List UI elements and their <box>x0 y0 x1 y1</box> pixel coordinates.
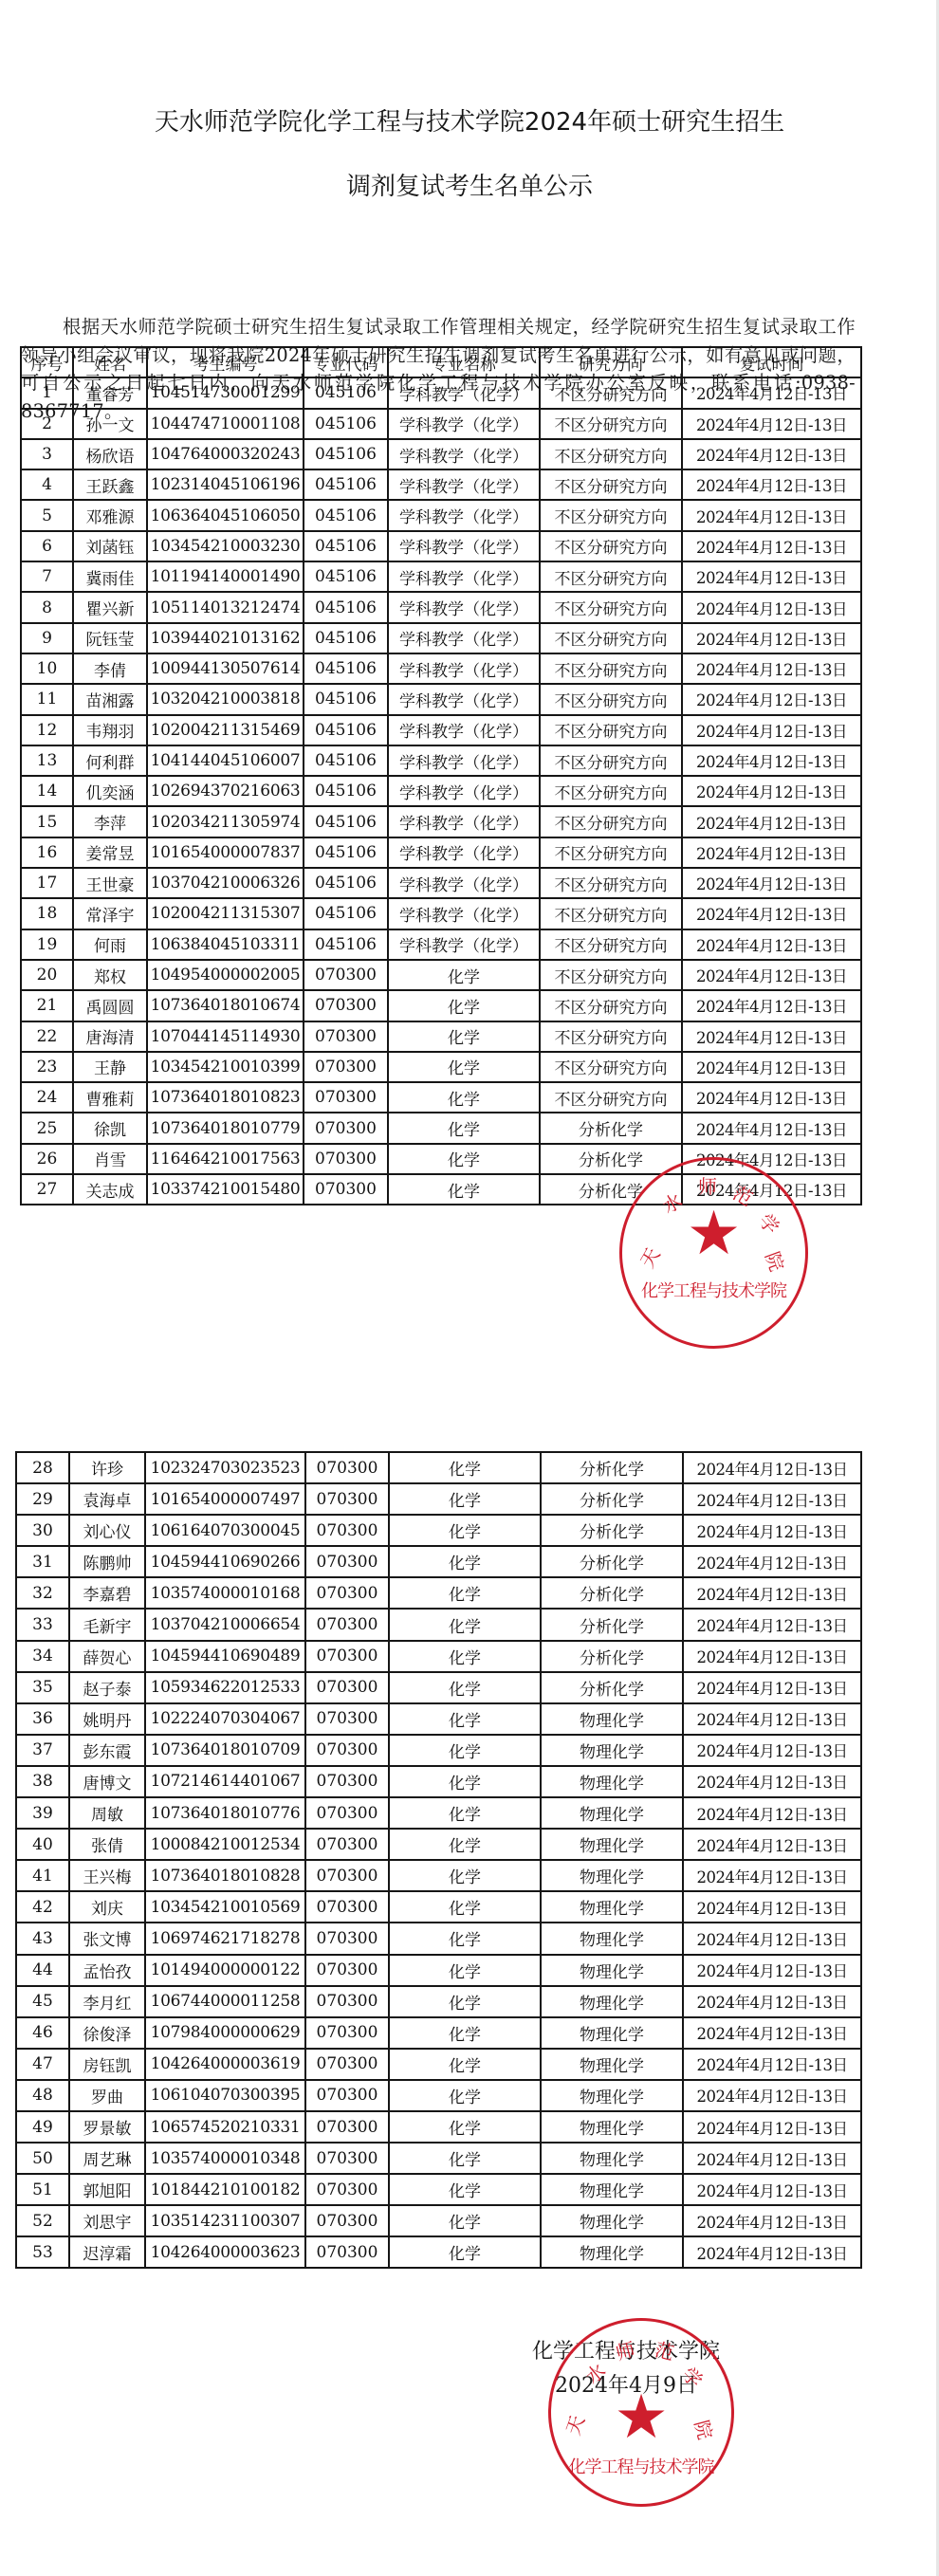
cell-interview-time: 2024年4月12日-13日 <box>683 1735 861 1766</box>
table-row: 18常泽宇102004211315307045106学科教学（化学）不区分研究方… <box>21 898 861 929</box>
table-row: 34薛贺心104594410690489070300化学分析化学2024年4月1… <box>16 1641 861 1672</box>
cell-interview-time: 2024年4月12日-13日 <box>682 469 861 500</box>
cell-index: 50 <box>16 2143 69 2174</box>
cell-index: 32 <box>16 1577 69 1609</box>
cell-index: 42 <box>16 1891 69 1923</box>
cell-interview-time: 2024年4月12日-13日 <box>682 715 861 745</box>
cell-major-name: 化学 <box>388 1144 540 1174</box>
cell-research-direction: 不区分研究方向 <box>540 1052 682 1082</box>
cell-major-code: 045106 <box>304 868 388 898</box>
cell-interview-time: 2024年4月12日-13日 <box>682 776 861 806</box>
table-row: 49罗景敏106574520210331070300化学物理化学2024年4月1… <box>16 2111 861 2143</box>
cell-major-code: 070300 <box>305 1672 389 1703</box>
cell-major-name: 化学 <box>388 1021 540 1052</box>
cell-major-name: 化学 <box>389 1577 541 1609</box>
cell-index: 41 <box>16 1860 69 1891</box>
cell-major-name: 学科教学（化学） <box>388 439 540 469</box>
seal-ring-char: 学 <box>753 1207 786 1240</box>
cell-interview-time: 2024年4月12日-13日 <box>682 592 861 622</box>
seal-bottom-text: 化学工程与技术学院 <box>551 2454 731 2478</box>
cell-name: 李月红 <box>69 1986 145 2017</box>
cell-interview-time: 2024年4月12日-13日 <box>683 1546 861 1577</box>
cell-candidate-id: 103944021013162 <box>147 623 304 653</box>
cell-interview-time: 2024年4月12日-13日 <box>682 745 861 776</box>
table-row: 20郑权104954000002005070300化学不区分研究方向2024年4… <box>21 960 861 990</box>
cell-major-name: 学科教学（化学） <box>388 531 540 561</box>
cell-candidate-id: 106364045106050 <box>147 500 304 530</box>
cell-index: 3 <box>21 439 73 469</box>
cell-candidate-id: 101654000007497 <box>145 1483 305 1515</box>
cell-candidate-id: 100944130507614 <box>147 653 304 684</box>
cell-research-direction: 不区分研究方向 <box>540 868 682 898</box>
cell-name: 姚明丹 <box>69 1703 145 1735</box>
cell-candidate-id: 106574520210331 <box>145 2111 305 2143</box>
cell-name: 仉奕涵 <box>73 776 147 806</box>
cell-name: 罗景敏 <box>69 2111 145 2143</box>
cell-name: 阮钰莹 <box>73 623 147 653</box>
cell-index: 43 <box>16 1923 69 1954</box>
cell-candidate-id: 104514730001299 <box>147 377 304 408</box>
table-row: 37彭东霞107364018010709070300化学物理化学2024年4月1… <box>16 1735 861 1766</box>
cell-major-name: 学科教学（化学） <box>388 500 540 530</box>
cell-name: 肖雪 <box>73 1144 147 1174</box>
cell-major-code: 045106 <box>304 806 388 837</box>
cell-candidate-id: 104474710001108 <box>147 409 304 439</box>
cell-interview-time: 2024年4月12日-13日 <box>683 1923 861 1954</box>
cell-name: 刘心仪 <box>69 1515 145 1546</box>
cell-major-code: 070300 <box>304 1174 388 1205</box>
table-row: 5邓雅源106364045106050045106学科教学（化学）不区分研究方向… <box>21 500 861 530</box>
cell-major-code: 070300 <box>304 1052 388 1082</box>
cell-major-code: 070300 <box>304 1021 388 1052</box>
cell-major-code: 070300 <box>304 1144 388 1174</box>
cell-major-code: 045106 <box>304 653 388 684</box>
cell-index: 6 <box>21 531 73 561</box>
cell-major-name: 化学 <box>389 2111 541 2143</box>
table-row: 8瞿兴新105114013212474045106学科教学（化学）不区分研究方向… <box>21 592 861 622</box>
cell-name: 袁海卓 <box>69 1483 145 1515</box>
cell-candidate-id: 103204210003818 <box>147 684 304 714</box>
cell-major-name: 学科教学（化学） <box>388 623 540 653</box>
cell-research-direction: 物理化学 <box>541 2236 683 2268</box>
cell-interview-time: 2024年4月12日-13日 <box>683 1797 861 1829</box>
cell-interview-time: 2024年4月12日-13日 <box>682 868 861 898</box>
cell-major-name: 化学 <box>388 960 540 990</box>
cell-research-direction: 分析化学 <box>540 1144 682 1174</box>
cell-major-code: 070300 <box>305 1955 389 1986</box>
cell-interview-time: 2024年4月12日-13日 <box>682 1021 861 1052</box>
header-major-code: 专业代码 <box>304 347 388 377</box>
cell-index: 5 <box>21 500 73 530</box>
table-row: 17王世豪103704210006326045106学科教学（化学）不区分研究方… <box>21 868 861 898</box>
cell-interview-time: 2024年4月12日-13日 <box>682 439 861 469</box>
cell-research-direction: 物理化学 <box>541 1923 683 1954</box>
cell-major-code: 070300 <box>305 2205 389 2236</box>
cell-candidate-id: 107044145114930 <box>147 1021 304 1052</box>
cell-candidate-id: 102224070304067 <box>145 1703 305 1735</box>
cell-candidate-id: 105934622012533 <box>145 1672 305 1703</box>
cell-interview-time: 2024年4月12日-13日 <box>683 2049 861 2080</box>
seal-bottom-text: 化学工程与技术学院 <box>622 1278 805 1302</box>
cell-major-code: 070300 <box>305 1735 389 1766</box>
table-row: 31陈鹏帅104594410690266070300化学分析化学2024年4月1… <box>16 1546 861 1577</box>
cell-candidate-id: 101194140001490 <box>147 561 304 592</box>
table-row: 39周敏107364018010776070300化学物理化学2024年4月12… <box>16 1797 861 1829</box>
table-row: 21禹圆圆107364018010674070300化学不区分研究方向2024年… <box>21 990 861 1021</box>
cell-interview-time: 2024年4月12日-13日 <box>682 561 861 592</box>
table-row: 40张倩100084210012534070300化学物理化学2024年4月12… <box>16 1829 861 1860</box>
cell-major-name: 学科教学（化学） <box>388 409 540 439</box>
cell-interview-time: 2024年4月12日-13日 <box>683 1860 861 1891</box>
cell-major-name: 学科教学（化学） <box>388 776 540 806</box>
cell-index: 15 <box>21 806 73 837</box>
cell-research-direction: 不区分研究方向 <box>540 653 682 684</box>
cell-research-direction: 物理化学 <box>541 1766 683 1797</box>
candidate-table-page2: 28许珍102324703023523070300化学分析化学2024年4月12… <box>15 1451 862 2269</box>
cell-research-direction: 物理化学 <box>541 1797 683 1829</box>
cell-major-code: 045106 <box>304 745 388 776</box>
header-index: 序号 <box>21 347 73 377</box>
document-title-line1: 天水师范学院化学工程与技术学院2024年硕士研究生招生 <box>0 102 939 138</box>
cell-research-direction: 不区分研究方向 <box>540 1021 682 1052</box>
cell-name: 房钰凯 <box>69 2049 145 2080</box>
cell-major-name: 化学 <box>389 1703 541 1735</box>
cell-name: 徐凯 <box>73 1113 147 1143</box>
cell-major-code: 070300 <box>305 1703 389 1735</box>
table-header-row: 序号 姓名 考生编号 专业代码 专业名称 研究方向 复试时间 <box>21 347 861 377</box>
cell-major-name: 化学 <box>389 2143 541 2174</box>
table-row: 52刘思宇103514231100307070300化学物理化学2024年4月1… <box>16 2205 861 2236</box>
cell-candidate-id: 100084210012534 <box>145 1829 305 1860</box>
cell-index: 45 <box>16 1986 69 2017</box>
cell-interview-time: 2024年4月12日-13日 <box>682 684 861 714</box>
cell-name: 苗湘露 <box>73 684 147 714</box>
table-row: 42刘庆103454210010569070300化学物理化学2024年4月12… <box>16 1891 861 1923</box>
cell-name: 许珍 <box>69 1452 145 1483</box>
cell-major-code: 070300 <box>305 2143 389 2174</box>
cell-index: 8 <box>21 592 73 622</box>
cell-major-code: 070300 <box>305 1483 389 1515</box>
cell-research-direction: 物理化学 <box>541 1860 683 1891</box>
table-row: 16姜常昱101654000007837045106学科教学（化学）不区分研究方… <box>21 837 861 868</box>
cell-major-code: 070300 <box>305 1860 389 1891</box>
cell-index: 23 <box>21 1052 73 1082</box>
cell-index: 35 <box>16 1672 69 1703</box>
cell-index: 26 <box>21 1144 73 1174</box>
cell-candidate-id: 107364018010779 <box>147 1113 304 1143</box>
cell-name: 董睿芳 <box>73 377 147 408</box>
cell-name: 关志成 <box>73 1174 147 1205</box>
cell-major-name: 学科教学（化学） <box>388 469 540 500</box>
seal-ring-char: 天 <box>632 1242 665 1273</box>
cell-major-code: 070300 <box>305 1546 389 1577</box>
cell-name: 罗曲 <box>69 2080 145 2111</box>
table-row: 30刘心仪106164070300045070300化学分析化学2024年4月1… <box>16 1515 861 1546</box>
cell-index: 10 <box>21 653 73 684</box>
cell-candidate-id: 106104070300395 <box>145 2080 305 2111</box>
table-row: 6刘菡钰103454210003230045106学科教学（化学）不区分研究方向… <box>21 531 861 561</box>
table-row: 7冀雨佳101194140001490045106学科教学（化学）不区分研究方向… <box>21 561 861 592</box>
cell-research-direction: 物理化学 <box>541 2143 683 2174</box>
cell-interview-time: 2024年4月12日-13日 <box>683 1641 861 1672</box>
cell-index: 39 <box>16 1797 69 1829</box>
cell-name: 迟淳霜 <box>69 2236 145 2268</box>
cell-major-name: 学科教学（化学） <box>388 684 540 714</box>
cell-major-code: 045106 <box>304 592 388 622</box>
cell-candidate-id: 106384045103311 <box>147 929 304 960</box>
cell-interview-time: 2024年4月12日-13日 <box>683 1703 861 1735</box>
table-row: 46徐俊泽107984000000629070300化学物理化学2024年4月1… <box>16 2017 861 2049</box>
candidate-table-page1: 序号 姓名 考生编号 专业代码 专业名称 研究方向 复试时间 1董睿芳10451… <box>20 346 862 1205</box>
table-row: 11苗湘露103204210003818045106学科教学（化学）不区分研究方… <box>21 684 861 714</box>
cell-index: 12 <box>21 715 73 745</box>
cell-candidate-id: 106744000011258 <box>145 1986 305 2017</box>
cell-major-name: 化学 <box>389 1735 541 1766</box>
cell-name: 唐博文 <box>69 1766 145 1797</box>
cell-index: 20 <box>21 960 73 990</box>
cell-major-code: 070300 <box>305 2017 389 2049</box>
cell-candidate-id: 107364018010823 <box>147 1082 304 1113</box>
cell-name: 韦翔羽 <box>73 715 147 745</box>
cell-index: 37 <box>16 1735 69 1766</box>
cell-index: 27 <box>21 1174 73 1205</box>
cell-candidate-id: 116464210017563 <box>147 1144 304 1174</box>
cell-major-code: 045106 <box>304 898 388 929</box>
cell-interview-time: 2024年4月12日-13日 <box>683 2080 861 2111</box>
cell-index: 11 <box>21 684 73 714</box>
cell-research-direction: 不区分研究方向 <box>540 745 682 776</box>
cell-major-name: 学科教学（化学） <box>388 715 540 745</box>
cell-name: 薛贺心 <box>69 1641 145 1672</box>
cell-research-direction: 分析化学 <box>541 1452 683 1483</box>
cell-research-direction: 不区分研究方向 <box>540 561 682 592</box>
table-row: 50周艺琳103574000010348070300化学物理化学2024年4月1… <box>16 2143 861 2174</box>
cell-research-direction: 分析化学 <box>540 1113 682 1143</box>
cell-candidate-id: 104264000003619 <box>145 2049 305 2080</box>
cell-major-code: 070300 <box>305 1797 389 1829</box>
cell-candidate-id: 102004211315307 <box>147 898 304 929</box>
cell-major-name: 化学 <box>389 1641 541 1672</box>
cell-major-name: 化学 <box>389 1860 541 1891</box>
cell-major-code: 045106 <box>304 776 388 806</box>
cell-candidate-id: 102324703023523 <box>145 1452 305 1483</box>
header-research-direction: 研究方向 <box>540 347 682 377</box>
cell-name: 徐俊泽 <box>69 2017 145 2049</box>
cell-major-name: 化学 <box>389 2236 541 2268</box>
cell-research-direction: 分析化学 <box>540 1174 682 1205</box>
cell-interview-time: 2024年4月12日-13日 <box>683 1577 861 1609</box>
cell-major-name: 学科教学（化学） <box>388 806 540 837</box>
table-row: 38唐博文107214614401067070300化学物理化学2024年4月1… <box>16 1766 861 1797</box>
cell-index: 24 <box>21 1082 73 1113</box>
cell-index: 14 <box>21 776 73 806</box>
cell-name: 周敏 <box>69 1797 145 1829</box>
cell-research-direction: 不区分研究方向 <box>540 715 682 745</box>
cell-index: 40 <box>16 1829 69 1860</box>
table-row: 23王静103454210010399070300化学不区分研究方向2024年4… <box>21 1052 861 1082</box>
cell-interview-time: 2024年4月12日-13日 <box>683 1483 861 1515</box>
cell-candidate-id: 103704210006654 <box>145 1609 305 1640</box>
cell-name: 孟怡孜 <box>69 1955 145 1986</box>
cell-major-code: 045106 <box>304 439 388 469</box>
cell-major-code: 070300 <box>305 1515 389 1546</box>
cell-interview-time: 2024年4月12日-13日 <box>682 1113 861 1143</box>
cell-index: 30 <box>16 1515 69 1546</box>
seal-ring-char: 院 <box>689 2417 720 2442</box>
cell-research-direction: 不区分研究方向 <box>540 837 682 868</box>
cell-name: 王静 <box>73 1052 147 1082</box>
cell-interview-time: 2024年4月12日-13日 <box>683 1766 861 1797</box>
cell-major-code: 070300 <box>305 1891 389 1923</box>
cell-interview-time: 2024年4月12日-13日 <box>682 990 861 1021</box>
cell-major-name: 化学 <box>389 1609 541 1640</box>
cell-name: 曹雅莉 <box>73 1082 147 1113</box>
cell-candidate-id: 103374210015480 <box>147 1174 304 1205</box>
cell-interview-time: 2024年4月12日-13日 <box>682 409 861 439</box>
table-row: 14仉奕涵102694370216063045106学科教学（化学）不区分研究方… <box>21 776 861 806</box>
cell-major-code: 070300 <box>304 1113 388 1143</box>
cell-index: 34 <box>16 1641 69 1672</box>
cell-interview-time: 2024年4月12日-13日 <box>682 377 861 408</box>
cell-research-direction: 不区分研究方向 <box>540 377 682 408</box>
cell-major-code: 045106 <box>304 715 388 745</box>
cell-candidate-id: 107364018010776 <box>145 1797 305 1829</box>
cell-major-name: 学科教学（化学） <box>388 868 540 898</box>
cell-research-direction: 分析化学 <box>541 1577 683 1609</box>
cell-index: 9 <box>21 623 73 653</box>
cell-candidate-id: 104954000002005 <box>147 960 304 990</box>
cell-research-direction: 不区分研究方向 <box>540 439 682 469</box>
table-row: 10李倩100944130507614045106学科教学（化学）不区分研究方向… <box>21 653 861 684</box>
table-row: 4王跃鑫102314045106196045106学科教学（化学）不区分研究方向… <box>21 469 861 500</box>
cell-major-code: 045106 <box>304 409 388 439</box>
cell-research-direction: 不区分研究方向 <box>540 592 682 622</box>
cell-interview-time: 2024年4月12日-13日 <box>683 1955 861 1986</box>
cell-name: 张倩 <box>69 1829 145 1860</box>
cell-research-direction: 不区分研究方向 <box>540 960 682 990</box>
cell-major-name: 学科教学（化学） <box>388 929 540 960</box>
cell-major-code: 070300 <box>305 2236 389 2268</box>
table-row: 41王兴梅107364018010828070300化学物理化学2024年4月1… <box>16 1860 861 1891</box>
cell-major-code: 070300 <box>305 1766 389 1797</box>
cell-major-name: 化学 <box>389 2174 541 2205</box>
cell-research-direction: 不区分研究方向 <box>540 776 682 806</box>
cell-candidate-id: 104594410690266 <box>145 1546 305 1577</box>
cell-major-code: 070300 <box>305 2080 389 2111</box>
table-row: 33毛新宇103704210006654070300化学分析化学2024年4月1… <box>16 1609 861 1640</box>
cell-index: 4 <box>21 469 73 500</box>
cell-name: 李萍 <box>73 806 147 837</box>
cell-research-direction: 物理化学 <box>541 2049 683 2080</box>
cell-interview-time: 2024年4月12日-13日 <box>683 2111 861 2143</box>
cell-candidate-id: 103454210010399 <box>147 1052 304 1082</box>
cell-major-code: 070300 <box>305 1641 389 1672</box>
cell-name: 何利群 <box>73 745 147 776</box>
table-row: 26肖雪116464210017563070300化学分析化学2024年4月12… <box>21 1144 861 1174</box>
cell-major-name: 化学 <box>389 1955 541 1986</box>
cell-interview-time: 2024年4月12日-13日 <box>682 1052 861 1082</box>
cell-major-name: 化学 <box>389 1483 541 1515</box>
table-row: 27关志成103374210015480070300化学分析化学2024年4月1… <box>21 1174 861 1205</box>
cell-name: 刘菡钰 <box>73 531 147 561</box>
cell-index: 52 <box>16 2205 69 2236</box>
cell-major-code: 045106 <box>304 837 388 868</box>
table-row: 44孟怡孜101494000000122070300化学物理化学2024年4月1… <box>16 1955 861 1986</box>
cell-research-direction: 分析化学 <box>541 1546 683 1577</box>
cell-major-name: 化学 <box>388 990 540 1021</box>
cell-index: 48 <box>16 2080 69 2111</box>
cell-major-name: 学科教学（化学） <box>388 561 540 592</box>
cell-name: 刘庆 <box>69 1891 145 1923</box>
cell-major-name: 化学 <box>389 2205 541 2236</box>
cell-major-code: 070300 <box>304 990 388 1021</box>
cell-candidate-id: 101654000007837 <box>147 837 304 868</box>
cell-major-code: 070300 <box>305 1923 389 1954</box>
cell-major-code: 070300 <box>305 2174 389 2205</box>
cell-interview-time: 2024年4月12日-13日 <box>683 1986 861 2017</box>
cell-major-code: 045106 <box>304 531 388 561</box>
cell-research-direction: 物理化学 <box>541 1829 683 1860</box>
table-row: 2孙一文104474710001108045106学科教学（化学）不区分研究方向… <box>21 409 861 439</box>
cell-candidate-id: 107364018010828 <box>145 1860 305 1891</box>
cell-interview-time: 2024年4月12日-13日 <box>682 653 861 684</box>
cell-major-code: 045106 <box>304 684 388 714</box>
cell-name: 瞿兴新 <box>73 592 147 622</box>
cell-major-code: 045106 <box>304 561 388 592</box>
cell-name: 周艺琳 <box>69 2143 145 2174</box>
cell-major-code: 070300 <box>304 1082 388 1113</box>
cell-interview-time: 2024年4月12日-13日 <box>682 898 861 929</box>
cell-interview-time: 2024年4月12日-13日 <box>682 531 861 561</box>
cell-interview-time: 2024年4月12日-13日 <box>683 1829 861 1860</box>
signature-date: 2024年4月9日 <box>531 2369 721 2399</box>
cell-candidate-id: 102004211315469 <box>147 715 304 745</box>
cell-interview-time: 2024年4月12日-13日 <box>682 806 861 837</box>
cell-name: 陈鹏帅 <box>69 1546 145 1577</box>
cell-research-direction: 分析化学 <box>541 1672 683 1703</box>
cell-interview-time: 2024年4月12日-13日 <box>683 1452 861 1483</box>
cell-major-name: 学科教学（化学） <box>388 837 540 868</box>
cell-index: 17 <box>21 868 73 898</box>
cell-index: 49 <box>16 2111 69 2143</box>
star-icon: ★ <box>687 1204 741 1264</box>
cell-name: 孙一文 <box>73 409 147 439</box>
cell-index: 16 <box>21 837 73 868</box>
cell-candidate-id: 102314045106196 <box>147 469 304 500</box>
cell-research-direction: 分析化学 <box>541 1641 683 1672</box>
table-row: 32李嘉碧103574000010168070300化学分析化学2024年4月1… <box>16 1577 861 1609</box>
cell-research-direction: 不区分研究方向 <box>540 806 682 837</box>
table-row: 35赵子泰105934622012533070300化学分析化学2024年4月1… <box>16 1672 861 1703</box>
cell-research-direction: 不区分研究方向 <box>540 898 682 929</box>
cell-research-direction: 分析化学 <box>541 1515 683 1546</box>
cell-major-name: 学科教学（化学） <box>388 377 540 408</box>
cell-candidate-id: 104144045106007 <box>147 745 304 776</box>
cell-candidate-id: 103454210010569 <box>145 1891 305 1923</box>
cell-name: 刘思宇 <box>69 2205 145 2236</box>
cell-candidate-id: 107364018010709 <box>145 1735 305 1766</box>
table-row: 9阮钰莹103944021013162045106学科教学（化学）不区分研究方向… <box>21 623 861 653</box>
cell-interview-time: 2024年4月12日-13日 <box>683 1672 861 1703</box>
cell-major-name: 化学 <box>389 1797 541 1829</box>
cell-interview-time: 2024年4月12日-13日 <box>683 2174 861 2205</box>
cell-interview-time: 2024年4月12日-13日 <box>683 1609 861 1640</box>
cell-index: 47 <box>16 2049 69 2080</box>
cell-interview-time: 2024年4月12日-13日 <box>682 960 861 990</box>
cell-major-name: 化学 <box>389 1986 541 2017</box>
cell-candidate-id: 103514231100307 <box>145 2205 305 2236</box>
cell-name: 李嘉碧 <box>69 1577 145 1609</box>
